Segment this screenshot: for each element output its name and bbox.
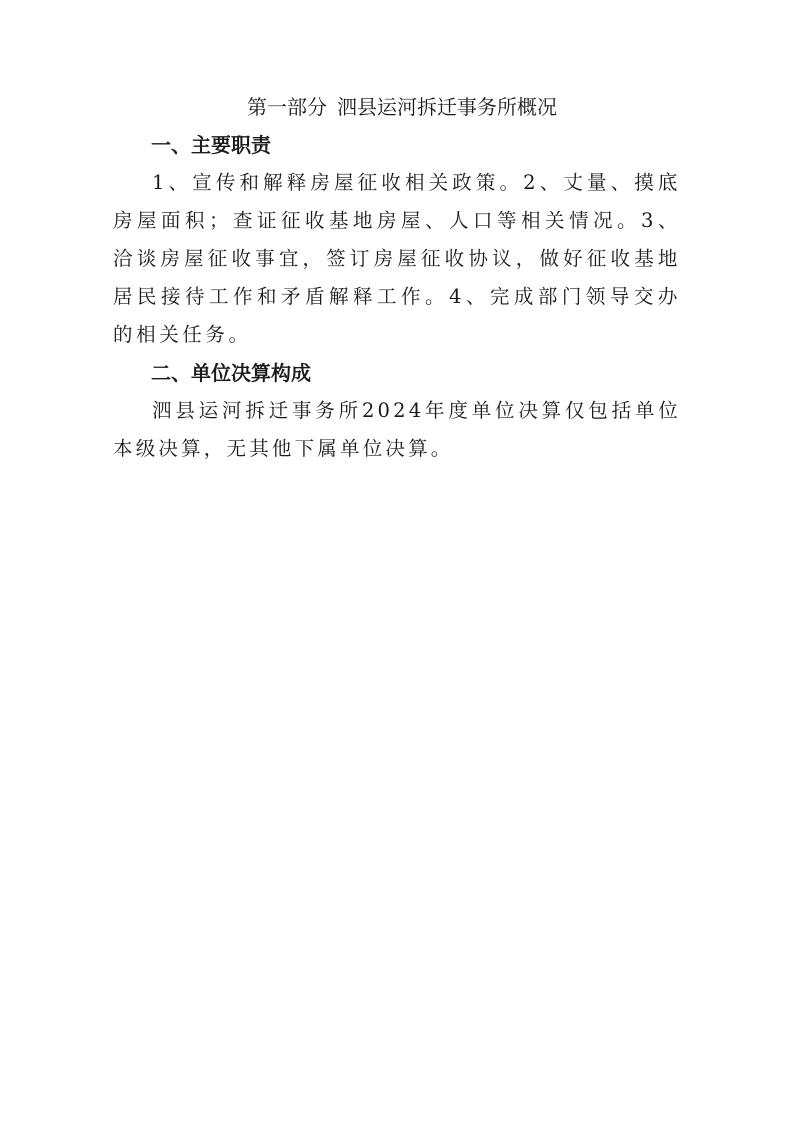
title-part-label: 第一部分 <box>247 95 327 119</box>
section-heading-responsibilities: 一、主要职责 <box>113 126 681 164</box>
responsibilities-paragraph: 1、宣传和解释房屋征收相关政策。2、丈量、摸底房屋面积；查证征收基地房屋、人口等… <box>113 164 681 354</box>
section-heading-budget-composition: 二、单位决算构成 <box>113 354 681 392</box>
document-page: 第一部分泗县运河拆迁事务所概况 一、主要职责 1、宣传和解释房屋征收相关政策。2… <box>113 88 681 468</box>
title-unit-name: 泗县运河拆迁事务所概况 <box>337 95 557 119</box>
page-title: 第一部分泗县运河拆迁事务所概况 <box>113 88 681 126</box>
budget-composition-paragraph: 泗县运河拆迁事务所2024年度单位决算仅包括单位本级决算，无其他下属单位决算。 <box>113 392 681 468</box>
